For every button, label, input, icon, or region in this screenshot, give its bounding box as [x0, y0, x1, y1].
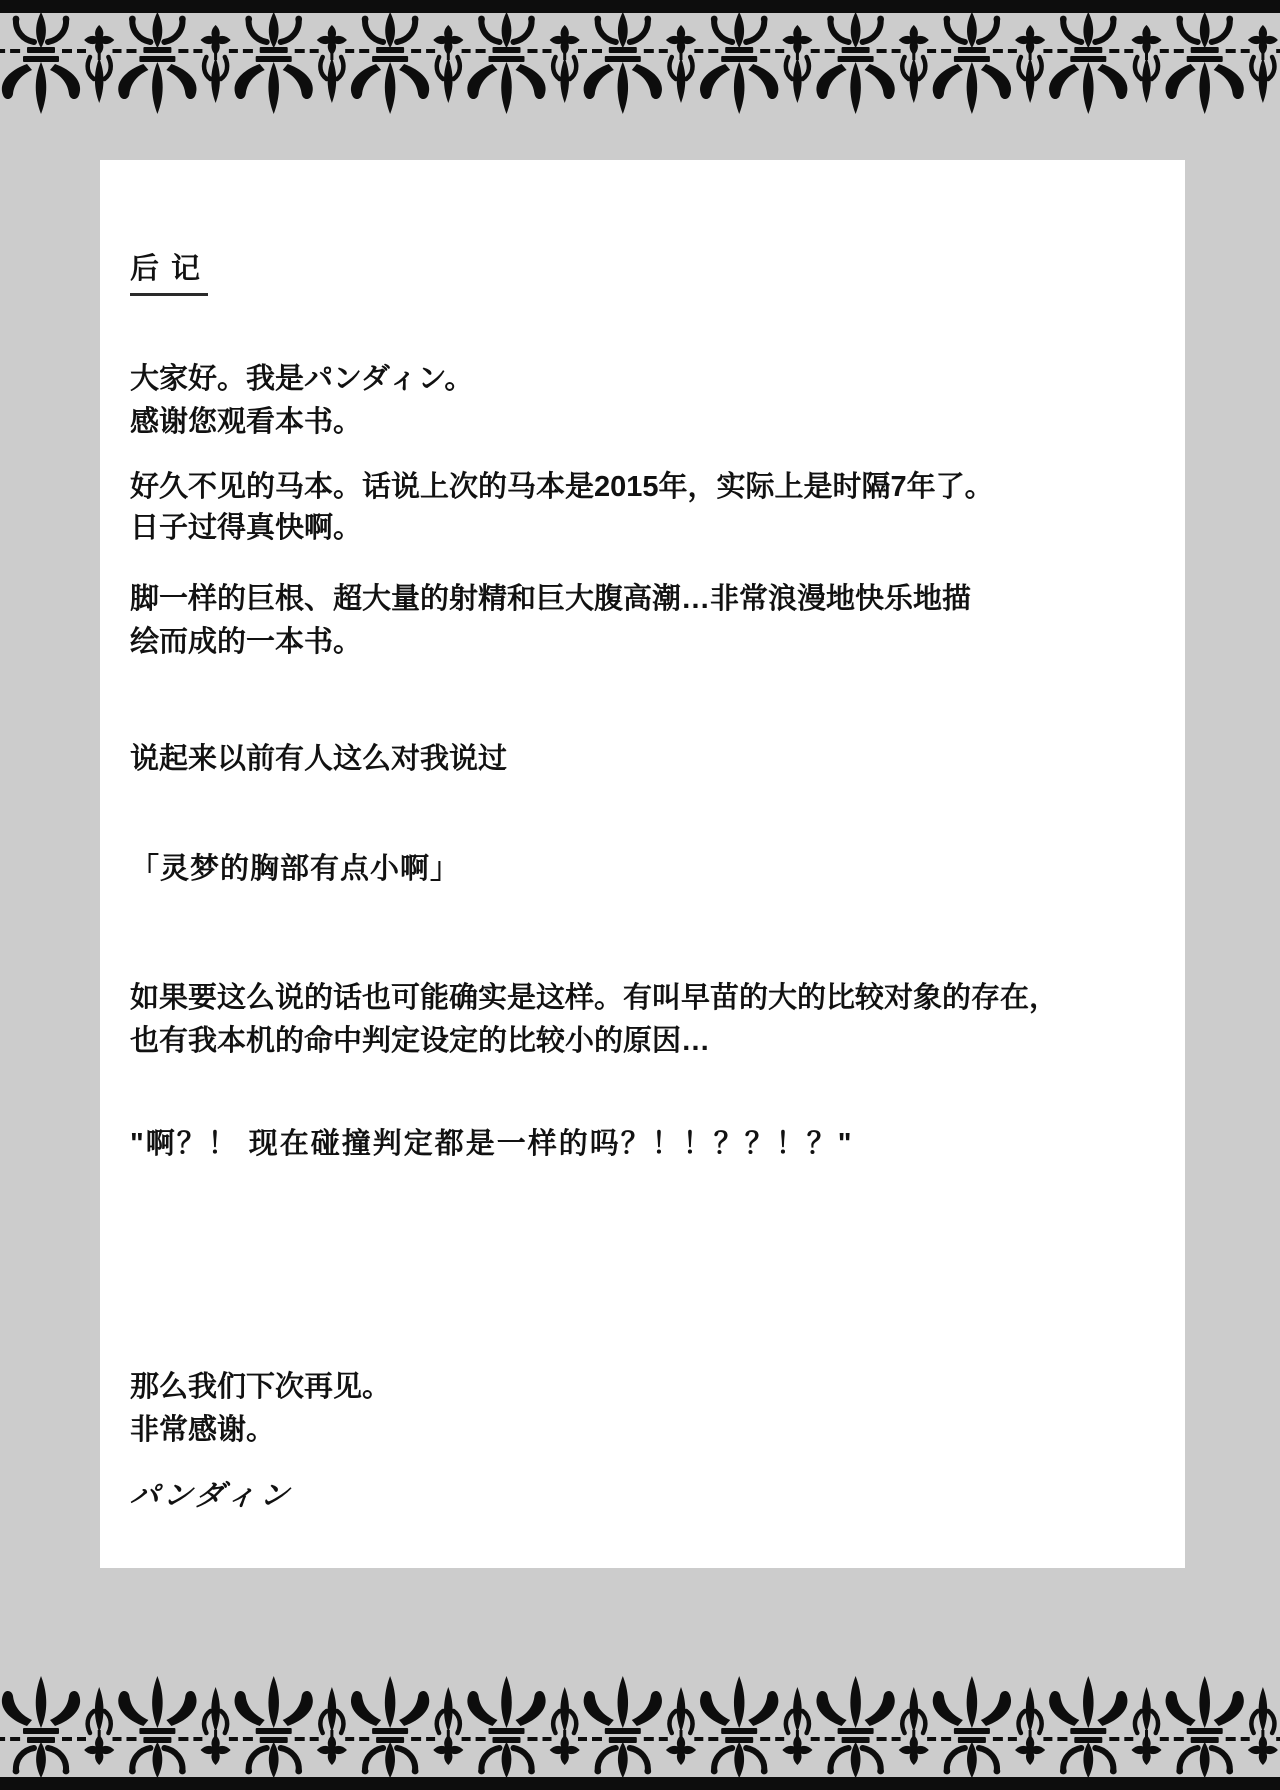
closing-line-1: 那么我们下次再见。: [130, 1371, 391, 1404]
long-time-line-1: 好久不见的马本。话说上次的马本是2015年，实际上是时隔7年了。: [130, 471, 994, 504]
greeting-line-2: 感谢您观看本书。: [130, 406, 362, 439]
fleur-de-lis-border-icon: [0, 0, 1280, 135]
quote-retort: "啊？！ 现在碰撞判定都是一样的吗？！！？？！？": [130, 1128, 854, 1161]
page-title: 后 记: [130, 253, 208, 296]
greeting-line-1: 大家好。我是パンダィン。: [130, 363, 473, 396]
quote-remark: 「灵梦的胸部有点小啊」: [130, 853, 460, 886]
book-desc-line-1: 脚一样的巨根、超大量的射精和巨大腹高潮…非常浪漫地快乐地描: [130, 583, 971, 616]
afterword-paper: 后 记 大家好。我是パンダィン。 感谢您观看本书。 好久不见的马本。话说上次的马…: [100, 160, 1185, 1568]
book-desc-line-2: 绘而成的一本书。: [130, 626, 362, 659]
long-time-line-2: 日子过得真快啊。: [130, 512, 362, 545]
closing-line-2: 非常感谢。: [130, 1414, 275, 1447]
decorative-border-bottom: [0, 1655, 1280, 1790]
explanation-line-1: 如果要这么说的话也可能确实是这样。有叫早苗的大的比较对象的存在，: [130, 982, 1058, 1015]
explanation-line-2: 也有我本机的命中判定设定的比较小的原因…: [130, 1025, 710, 1058]
lead-in-line: 说起来以前有人这么对我说过: [130, 743, 507, 776]
author-signature: パンダィン: [128, 1480, 1117, 1513]
decorative-border-top: [0, 0, 1280, 135]
fleur-de-lis-border-icon: [0, 1655, 1280, 1790]
afterword-page: 后 记 大家好。我是パンダィン。 感谢您观看本书。 好久不见的马本。话说上次的马…: [0, 0, 1280, 1790]
